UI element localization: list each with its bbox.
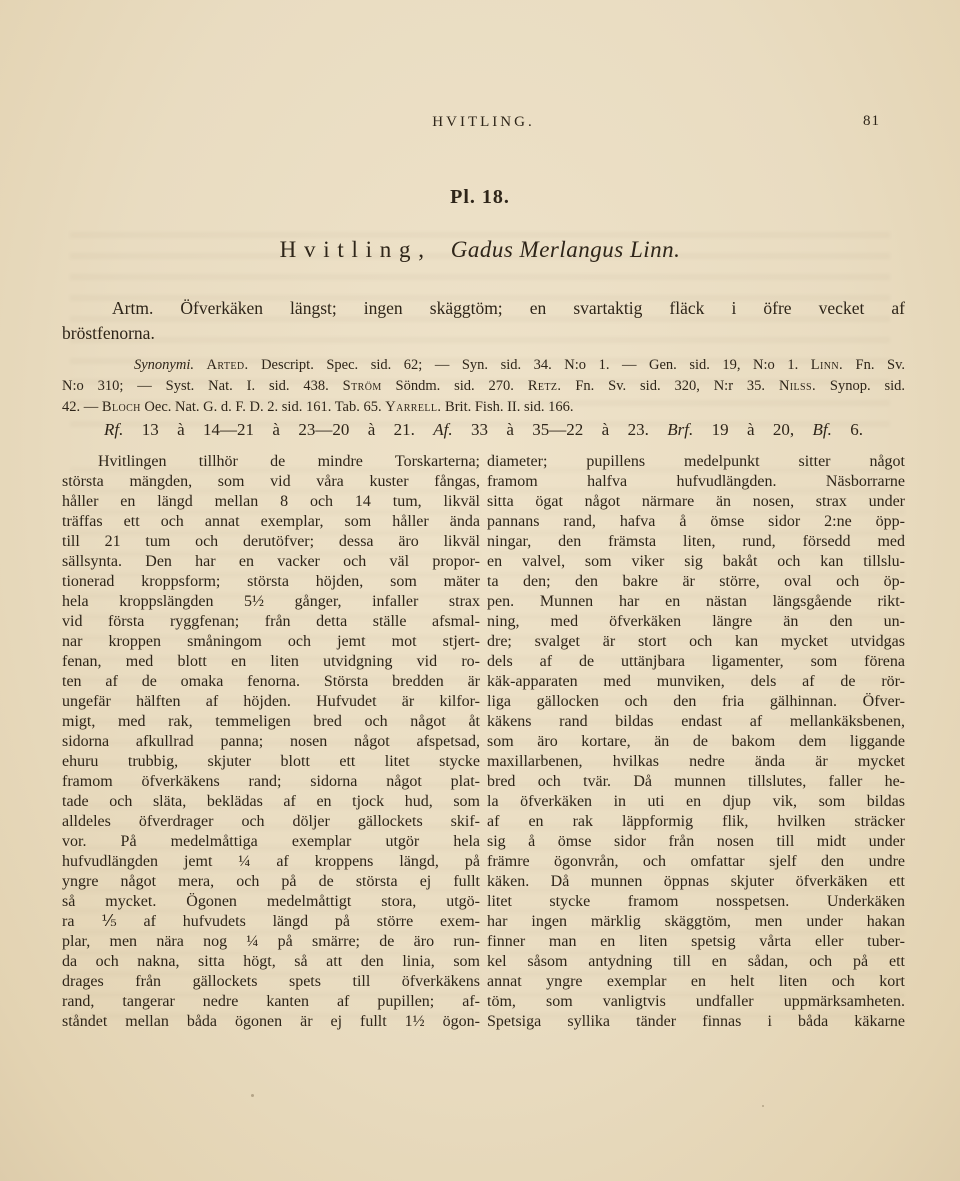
text-line: pannans rand, hafva å ömse sidor 2:ne öp… xyxy=(487,512,905,532)
book-page-scan: HVITLING. 81 Pl. 18. H v i t l i n g , G… xyxy=(0,0,960,1181)
text-segment: N:o 310; — Syst. Nat. I. sid. 438. xyxy=(62,378,343,394)
text-line: N:o 310; — Syst. Nat. I. sid. 438. Ström… xyxy=(62,376,905,397)
synonymy-block: Synonymi. Arted. Descript. Spec. sid. 62… xyxy=(62,355,905,418)
text-line: dre; svalget är stort och kan mycket utv… xyxy=(487,632,905,652)
text-line: sällsynta. Den har en vacker och väl pro… xyxy=(62,552,480,572)
text-segment: Yarrell. xyxy=(385,399,441,415)
running-title: HVITLING. xyxy=(432,114,534,130)
text-line: Artm. Öfverkäken längst; ingen skäggtöm;… xyxy=(62,296,905,321)
text-line: så mycket. Ögonen medelmåttigt stora, ut… xyxy=(62,892,480,912)
text-segment: Nilss. xyxy=(779,378,816,394)
text-line: tade och släta, beklädas af en tjock hud… xyxy=(62,792,480,812)
text-line: af en rak läppformig flik, hvilken sträc… xyxy=(487,812,905,832)
text-line: pen. Munnen har en nästan längsgående ri… xyxy=(487,592,905,612)
text-line: ningar, den främsta liten, rund, försedd… xyxy=(487,532,905,552)
species-title: H v i t l i n g , Gadus Merlangus Linn. xyxy=(0,237,960,263)
text-segment: Fn. Sv. sid. 320, N:r 35. xyxy=(561,378,779,394)
text-segment: Descript. Spec. sid. 62; — Syn. sid. 34.… xyxy=(249,357,811,373)
text-segment: Rf. xyxy=(104,420,123,439)
text-line: tionerad kroppsform; största höjden, som… xyxy=(62,572,480,592)
text-line: sitta ögat något närmare än nosen, strax… xyxy=(487,492,905,512)
text-segment: Synop. sid. xyxy=(816,378,905,394)
text-segment: 6. xyxy=(832,420,863,439)
text-segment: Oec. Nat. G. d. F. D. 2. sid. 161. Tab. … xyxy=(141,399,385,415)
text-segment: 33 à 35—22 à 23. xyxy=(453,420,668,439)
text-line: har ingen märklig skäggtöm, men under ha… xyxy=(487,912,905,932)
text-line: bröstfenorna. xyxy=(62,321,905,346)
body-column-left: Hvitlingen tillhör de mindre Torskartern… xyxy=(62,452,480,1032)
text-line: framom öfverkäkens rand; sidorna något p… xyxy=(62,772,480,792)
text-line: käken. Då munnen öppnas skjuter öfverkäk… xyxy=(487,872,905,892)
text-line: en valvel, som viker sig bakåt och kan t… xyxy=(487,552,905,572)
diagnosis-paragraph: Artm. Öfverkäken längst; ingen skäggtöm;… xyxy=(62,296,905,346)
text-line: håller en längd mellan 8 och 14 tum, lik… xyxy=(62,492,480,512)
body-column-right: diameter; pupillens medelpunkt sitter nå… xyxy=(487,452,905,1032)
text-segment: Linn. xyxy=(811,357,843,373)
text-line: diameter; pupillens medelpunkt sitter nå… xyxy=(487,452,905,472)
text-line: till 21 tum och derutöfver; dessa äro li… xyxy=(62,532,480,552)
text-line: Synonymi. Arted. Descript. Spec. sid. 62… xyxy=(62,355,905,376)
text-segment: Ström xyxy=(343,378,382,394)
text-segment: Retz. xyxy=(528,378,562,394)
text-line: framom halfva hufvudlängden. Näsborrarne xyxy=(487,472,905,492)
text-segment: Brit. Fish. II. sid. 166. xyxy=(441,399,573,415)
text-line: annat yngre exemplar en helt liten och k… xyxy=(487,972,905,992)
text-line: da och nakna, sitta högt, så att den lin… xyxy=(62,952,480,972)
text-segment: Brf. xyxy=(667,420,693,439)
text-line: nar kroppen småningom och jemt mot stjer… xyxy=(62,632,480,652)
text-segment xyxy=(194,357,207,373)
text-line: sidorna afkullrad panna; nosen något afs… xyxy=(62,732,480,752)
text-line: största mängden, som vid våra kuster fån… xyxy=(62,472,480,492)
text-line: plar, men nära nog ¼ på smärre; de äro r… xyxy=(62,932,480,952)
page-header: HVITLING. 81 xyxy=(62,113,905,131)
text-line: alldeles öfverdrager och döljer gällocke… xyxy=(62,812,480,832)
text-line: vid första ryggfenan; från detta ställe … xyxy=(62,612,480,632)
text-line: dels af de uttänjbara ligamenter, som fö… xyxy=(487,652,905,672)
text-line: träffas ett och annat exemplar, som håll… xyxy=(62,512,480,532)
text-line: drages från gällockets spets till öfverk… xyxy=(62,972,480,992)
text-line: kel såsom antydning till en sådan, och p… xyxy=(487,952,905,972)
text-line: litet stycke framom nosspetsen. Underkäk… xyxy=(487,892,905,912)
text-line: liga gällocken och den fria gälhinnan. Ö… xyxy=(487,692,905,712)
text-segment: 19 à 20, xyxy=(693,420,812,439)
text-line: ehuru trubbig, skjuter blott ett litet s… xyxy=(62,752,480,772)
text-line: ståndet mellan båda ögonen är ej fullt 1… xyxy=(62,1012,480,1032)
text-line: Hvitlingen tillhör de mindre Torskartern… xyxy=(62,452,480,472)
text-line: fenan, med blott en liten utvidgning vid… xyxy=(62,652,480,672)
text-line: maxillarbenen, hvilkas nedre ända är myc… xyxy=(487,752,905,772)
text-line: sig å ömse sidor från nosen till midt un… xyxy=(487,832,905,852)
text-segment: Arted. xyxy=(207,357,249,373)
fin-ray-formula: Rf. 13 à 14—21 à 23—20 à 21. Af. 33 à 35… xyxy=(62,420,905,440)
species-name-swedish: H v i t l i n g , xyxy=(280,237,425,262)
text-line: ning, med öfverkäken längre än den un- xyxy=(487,612,905,632)
plate-label: Pl. 18. xyxy=(0,186,960,209)
text-line: finner man en liten spetsig vårta eller … xyxy=(487,932,905,952)
text-segment: Synonymi. xyxy=(134,357,194,373)
text-segment: Bf. xyxy=(813,420,832,439)
text-segment: Fn. Sv. xyxy=(843,357,905,373)
text-line: hela kroppslängden 5½ gånger, infaller s… xyxy=(62,592,480,612)
text-line: ra ⅕ af hufvudets längd på större exem- xyxy=(62,912,480,932)
body-text: Hvitlingen tillhör de mindre Torskartern… xyxy=(62,452,905,1032)
text-line: migt, med rak, temmeligen bred och något… xyxy=(62,712,480,732)
text-line: vor. På medelmåttiga exemplar utgör hela xyxy=(62,832,480,852)
text-line: hufvudlängden jemt ¼ af kroppens längd, … xyxy=(62,852,480,872)
text-line: töm, som vanligtvis undfaller uppmärksam… xyxy=(487,992,905,1012)
text-line: yngre något mera, och på de största ej f… xyxy=(62,872,480,892)
page-number: 81 xyxy=(863,113,880,130)
text-line: ungefär hälften af höjden. Hufvudet är k… xyxy=(62,692,480,712)
text-segment: Af. xyxy=(433,420,452,439)
text-line: ta den; den bakre är större, oval och öp… xyxy=(487,572,905,592)
text-segment: Bloch xyxy=(102,399,141,415)
text-segment: 13 à 14—21 à 23—20 à 21. xyxy=(123,420,433,439)
text-line: rand, tangerar nedre kanten af pupillen;… xyxy=(62,992,480,1012)
text-line: Spetsiga syllika tänder finnas i båda kä… xyxy=(487,1012,905,1032)
text-line: käk-apparaten med munviken, dels af de r… xyxy=(487,672,905,692)
paper-speck xyxy=(762,1105,764,1107)
paper-speck xyxy=(251,1094,254,1097)
text-segment: 42. — xyxy=(62,399,102,415)
text-line: ten af de omaka fenorna. Största bredden… xyxy=(62,672,480,692)
text-line: främre ögonvrån, och omfattar sjelf den … xyxy=(487,852,905,872)
text-line: bred och tvär. Då munnen tillslutes, fal… xyxy=(487,772,905,792)
text-line: käkens rand bildas endast af mellankäksb… xyxy=(487,712,905,732)
text-segment: Söndm. sid. 270. xyxy=(382,378,528,394)
text-line: 42. — Bloch Oec. Nat. G. d. F. D. 2. sid… xyxy=(62,397,905,418)
text-line: la öfverkäken in uti en djup vik, som bi… xyxy=(487,792,905,812)
species-name-latin: Gadus Merlangus Linn. xyxy=(451,237,681,262)
text-line: som äro kortare, än de bakom dem liggand… xyxy=(487,732,905,752)
